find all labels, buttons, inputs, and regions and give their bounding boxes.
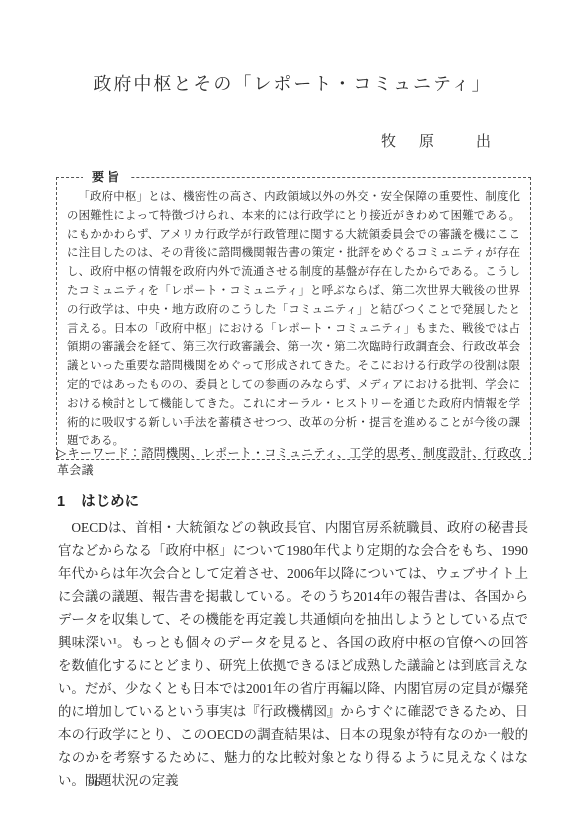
document-page: 政府中枢とその「レポート・コミュニティ」 牧 原 出 要旨 「政府中枢」とは、機…: [0, 0, 585, 827]
section-heading: 1はじめに: [57, 490, 139, 511]
section-number: 1: [57, 494, 65, 510]
section-title: はじめに: [81, 494, 139, 510]
abstract-box: 要旨 「政府中枢」とは、機密性の高さ、内政領域以外の外交・安全保障の重要性、制度…: [56, 177, 531, 460]
abstract-text: 「政府中枢」とは、機密性の高さ、内政領域以外の外交・安全保障の重要性、制度化の困…: [67, 188, 520, 451]
paper-title: 政府中枢とその「レポート・コミュニティ」: [0, 70, 585, 96]
page-number: 96: [88, 775, 101, 790]
triangle-marker-icon: ▷: [57, 446, 67, 460]
body-paragraph: OECDは、首相・大統領などの執政長官、内閣官房系統職員、政府の秘書長官などから…: [58, 516, 528, 792]
keywords-label: キーワード：: [68, 446, 142, 460]
abstract-label: 要旨: [83, 169, 131, 185]
author-name: 牧 原 出: [381, 130, 495, 151]
keywords-line: ▷キーワード：諮問機関、レポート・コミュニティ、工学的思考、制度設計、行政改革会…: [57, 444, 530, 478]
